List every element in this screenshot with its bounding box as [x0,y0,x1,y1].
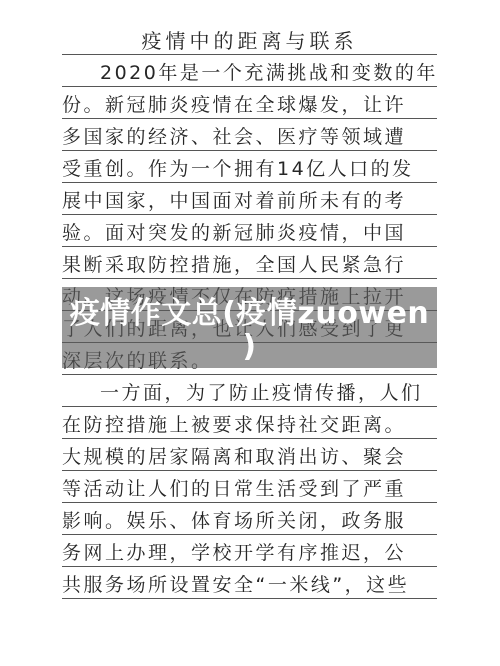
essay-line: 多国家的经济、社会、医疗等领域遭 [62,119,437,151]
watermark-text-line2: ) [62,330,437,363]
watermark-banner: 疫情作文总(疫情zuowen ) [62,287,437,368]
essay-title: 疫情中的距离与联系 [62,20,437,55]
essay-line: 在防控措施上被要求保持社交距离。 [62,407,437,439]
essay-line: 等活动让人们的日常生活受到了严重 [62,471,437,503]
essay-line: 2020年是一个充满挑战和变数的年 [62,55,437,87]
essay-line: 果断采取防控措施，全国人民紧急行 [62,247,437,279]
essay-line: 展中国家，中国面对着前所未有的考 [62,183,437,215]
essay-line: 受重创。作为一个拥有14亿人口的发 [62,151,437,183]
essay-line: 影响。娱乐、体育场所关闭，政务服 [62,503,437,535]
essay-line: 大规模的居家隔离和取消出访、聚会 [62,439,437,471]
essay-line: 份。新冠肺炎疫情在全球爆发，让许 [62,87,437,119]
essay-line: 验。面对突发的新冠肺炎疫情，中国 [62,215,437,247]
essay-line: 一方面，为了防止疫情传播，人们 [62,375,437,407]
essay-line: 共服务场所设置安全“一米线”，这些 [62,567,437,599]
watermark-text-line1: 疫情作文总(疫情zuowen [62,297,437,330]
essay-line: 务网上办理，学校开学有序推迟，公 [62,535,437,567]
